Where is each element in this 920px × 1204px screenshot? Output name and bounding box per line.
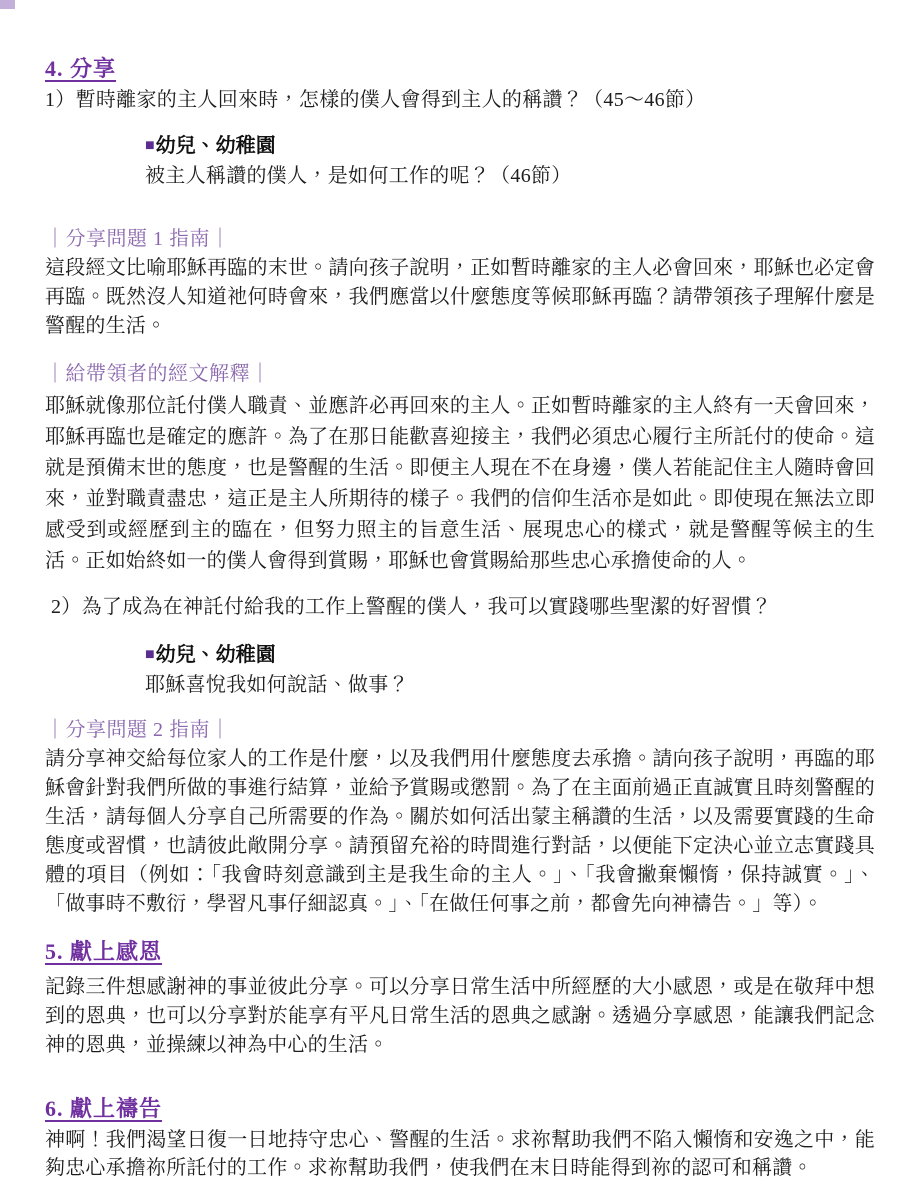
guide-2-title: ｜分享問題 2 指南｜: [45, 717, 875, 743]
kids-block-1: ■幼兒、幼稚園 被主人稱讚的僕人，是如何工作的呢？（46節）: [145, 132, 875, 190]
kids-question-1: 被主人稱讚的僕人，是如何工作的呢？（46節）: [145, 162, 875, 190]
kids-label-1-text: 幼兒、幼稚園: [156, 135, 276, 157]
kids-question-2: 耶穌喜悅我如何說話、做事？: [145, 671, 875, 699]
section-heading-prayer: 6. 獻上禱告: [45, 1096, 875, 1122]
guide-1-body: 這段經文比喻耶穌再臨的末世。請向孩子說明，正如暫時離家的主人必會回來，耶穌也必定…: [45, 254, 875, 341]
square-bullet-icon: ■: [145, 646, 155, 663]
prayer-body: 神啊！我們渴望日復一日地持守忠心、警醒的生活。求祢幫助我們不陷入懶惰和安逸之中，…: [45, 1126, 875, 1182]
leader-note-body: 耶穌就像那位託付僕人職責、並應許必再回來的主人。正如暫時離家的主人終有一天會回來…: [45, 391, 875, 577]
section-heading-share: 4. 分享: [45, 56, 875, 82]
kids-label-2-text: 幼兒、幼稚園: [156, 644, 276, 666]
page-top-corner-mark: [0, 0, 15, 9]
share-question-1: 1）暫時離家的主人回來時，怎樣的僕人會得到主人的稱讚？（45～46節）: [45, 86, 875, 114]
guide-2-body: 請分享神交給每位家人的工作是什麼，以及我們用什麼態度去承擔。請向孩子說明，再臨的…: [45, 745, 875, 919]
guide-1-title: ｜分享問題 1 指南｜: [45, 226, 875, 252]
section-heading-thanks: 5. 獻上感恩: [45, 939, 875, 965]
kids-block-2: ■幼兒、幼稚園 耶穌喜悅我如何說話、做事？: [145, 641, 875, 699]
leader-note-title: ｜給帶領者的經文解釋｜: [45, 361, 875, 387]
kids-label-1: ■幼兒、幼稚園: [145, 132, 875, 160]
square-bullet-icon: ■: [145, 137, 155, 154]
document-page: 4. 分享 1）暫時離家的主人回來時，怎樣的僕人會得到主人的稱讚？（45～46節…: [0, 0, 920, 1182]
thanks-body: 記錄三件想感謝神的事並彼此分享。可以分享日常生活中所經歷的大小感恩，或是在敬拜中…: [45, 973, 875, 1060]
share-question-2: 2）為了成為在神託付給我的工作上警醒的僕人，我可以實踐哪些聖潔的好習慣？: [45, 593, 875, 621]
kids-label-2: ■幼兒、幼稚園: [145, 641, 875, 669]
